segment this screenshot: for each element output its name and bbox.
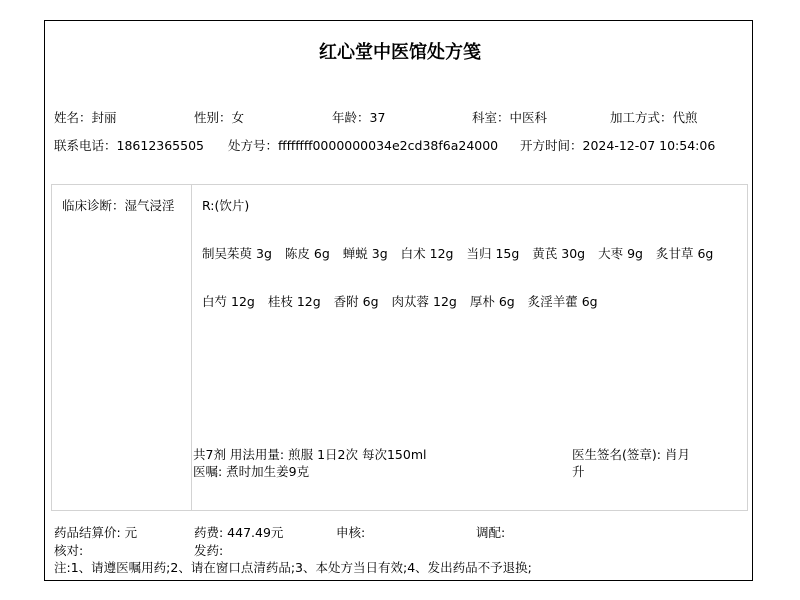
name-label: 姓名： <box>54 110 92 125</box>
herb-item: 白术 12g <box>401 244 454 262</box>
processing-method: 加工方式：代煎 <box>610 108 698 126</box>
gender-label: 性别： <box>194 110 232 125</box>
phone-value: 18612365505 <box>117 138 204 153</box>
herb-item: 当归 15g <box>466 244 519 262</box>
rx-time-label: 开方时间： <box>520 138 583 153</box>
patient-gender: 性别：女 <box>194 108 244 126</box>
herb-item: 桂枝 12g <box>268 292 321 310</box>
diagnosis-label: 临床诊断： <box>62 198 125 213</box>
notes-text: 注:1、请遵医嘱用药;2、请在窗口点清药品;3、本处方当日有效;4、发出药品不予… <box>54 558 532 576</box>
rx-time-value: 2024-12-07 10:54:06 <box>583 138 716 153</box>
diagnosis-value: 湿气浸淫 <box>125 198 175 213</box>
check-field: 核对: <box>54 541 83 559</box>
settlement-price: 药品结算价: 元 <box>54 523 137 541</box>
herb-list-line-2: 白芍 12g 桂枝 12g 香附 6g 肉苁蓉 12g 厚朴 6g 炙淫羊藿 6… <box>202 292 607 310</box>
age-label: 年龄： <box>332 110 370 125</box>
dosage-usage: 共7剂 用法用量: 煎服 1日2次 每次150ml <box>193 446 426 463</box>
clinical-diagnosis: 临床诊断：湿气浸淫 <box>62 196 175 214</box>
herb-item: 白芍 12g <box>202 292 255 310</box>
issue-field: 发药: <box>194 541 223 559</box>
herb-item: 炙淫羊藿 6g <box>528 292 598 310</box>
page-title: 红心堂中医馆处方笺 <box>0 38 800 64</box>
prescription-time: 开方时间：2024-12-07 10:54:06 <box>520 136 715 154</box>
name-value: 封丽 <box>92 110 117 125</box>
prescription-number: 处方号：ffffffff0000000034e2cd38f6a24000 <box>228 136 498 154</box>
phone-label: 联系电话： <box>54 138 117 153</box>
herb-item: 厚朴 6g <box>470 292 515 310</box>
department-value: 中医科 <box>510 110 548 125</box>
patient-age: 年龄：37 <box>332 108 385 126</box>
usage-instructions: 共7剂 用法用量: 煎服 1日2次 每次150ml 医嘱: 煮时加生姜9克 <box>193 446 426 480</box>
dispense-field: 调配: <box>476 523 505 541</box>
herb-item: 香附 6g <box>334 292 379 310</box>
herb-item: 制吴茱萸 3g <box>202 244 272 262</box>
doctor-advice: 医嘱: 煮时加生姜9克 <box>193 463 426 480</box>
rx-no-label: 处方号： <box>228 138 278 153</box>
rx-no-value: ffffffff0000000034e2cd38f6a24000 <box>278 138 498 153</box>
herb-item: 蝉蜕 3g <box>343 244 388 262</box>
department: 科室：中医科 <box>472 108 547 126</box>
review-field: 申核: <box>336 523 365 541</box>
gender-value: 女 <box>232 110 245 125</box>
herb-item: 陈皮 6g <box>285 244 330 262</box>
drug-fee: 药费: 447.49元 <box>194 523 283 541</box>
prescription-divider <box>191 185 192 510</box>
department-label: 科室： <box>472 110 510 125</box>
herb-item: 炙甘草 6g <box>656 244 713 262</box>
processing-value: 代煎 <box>673 110 698 125</box>
herb-list-line-1: 制吴茱萸 3g 陈皮 6g 蝉蜕 3g 白术 12g 当归 15g 黄芪 30g… <box>202 244 722 262</box>
age-value: 37 <box>370 110 386 125</box>
phone: 联系电话：18612365505 <box>54 136 204 154</box>
herb-item: 肉苁蓉 12g <box>392 292 457 310</box>
doctor-signature: 医生签名(签章): 肖月升 <box>572 446 696 480</box>
processing-label: 加工方式： <box>610 110 673 125</box>
herb-item: 大枣 9g <box>598 244 643 262</box>
prescription-type: R:(饮片) <box>202 196 249 214</box>
patient-name: 姓名：封丽 <box>54 108 117 126</box>
herb-item: 黄芪 30g <box>532 244 585 262</box>
